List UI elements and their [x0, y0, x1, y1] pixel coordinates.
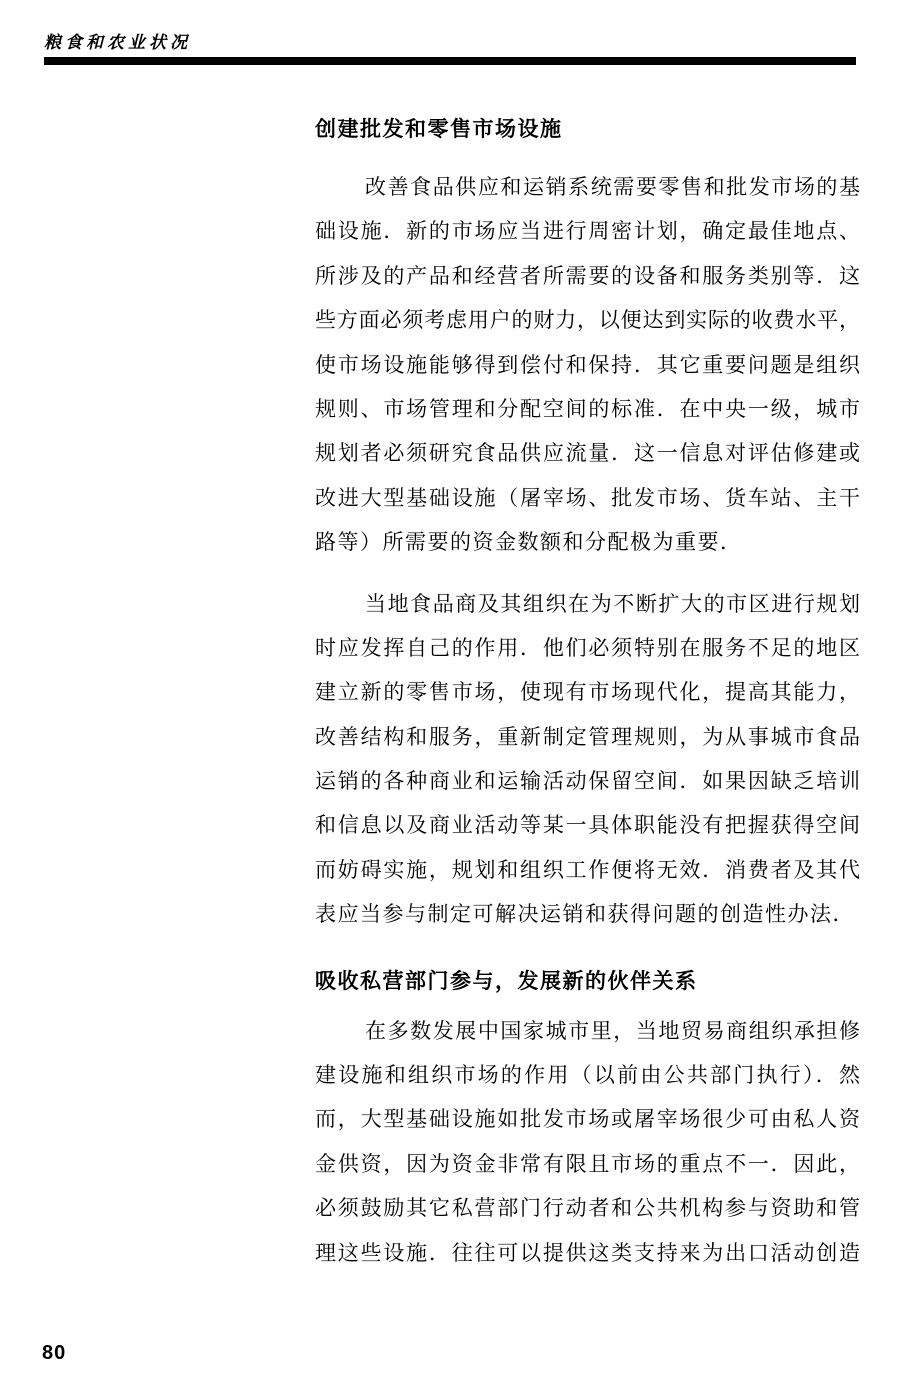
paragraph: 改善食品供应和运销系统需要零售和批发市场的基础设施．新的市场应当进行周密计划，确…	[315, 166, 860, 566]
text-line: 路等）所需要的资金数额和分配极为重要．	[315, 521, 860, 565]
text-line: 建设施和组织市场的作用（以前由公共部门执行）．然	[315, 1054, 860, 1098]
content-column: 创建批发和零售市场设施改善食品供应和运销系统需要零售和批发市场的基础设施．新的市…	[315, 114, 860, 1276]
page-number: 80	[42, 1342, 66, 1365]
text-line: 时应发挥自己的作用．他们必须特别在服务不足的地区	[315, 627, 860, 671]
text-line: 而妨碍实施，规划和组织工作便将无效．消费者及其代	[315, 849, 860, 893]
text-line: 规则、市场管理和分配空间的标准．在中央一级，城市	[315, 388, 860, 432]
text-line: 础设施．新的市场应当进行周密计划，确定最佳地点、	[315, 210, 860, 254]
section-heading: 吸收私营部门参与，发展新的伙伴关系	[315, 966, 860, 998]
text-line: 当地食品商及其组织在为不断扩大的市区进行规划	[315, 583, 860, 627]
text-line: 而，大型基础设施如批发市场或屠宰场很少可由私人资	[315, 1098, 860, 1142]
text-line: 些方面必须考虑用户的财力，以便达到实际的收费水平，	[315, 299, 860, 343]
text-line: 和信息以及商业活动等某一具体职能没有把握获得空间	[315, 804, 860, 848]
text-line: 改善结构和服务，重新制定管理规则，为从事城市食品	[315, 716, 860, 760]
text-line: 改进大型基础设施（屠宰场、批发市场、货车站、主干	[315, 477, 860, 521]
section: 吸收私营部门参与，发展新的伙伴关系在多数发展中国家城市里，当地贸易商组织承担修建…	[315, 966, 860, 1276]
text-line: 金供资，因为资金非常有限且市场的重点不一．因此，	[315, 1143, 860, 1187]
running-header-title: 粮食和农业状况	[44, 28, 191, 53]
text-line: 必须鼓励其它私营部门行动者和公共机构参与资助和管	[315, 1187, 860, 1231]
text-line: 运销的各种商业和运输活动保留空间．如果因缺乏培训	[315, 760, 860, 804]
text-line: 表应当参与制定可解决运销和获得问题的创造性办法．	[315, 893, 860, 937]
text-line: 改善食品供应和运销系统需要零售和批发市场的基	[315, 166, 860, 210]
header-rule	[44, 57, 856, 65]
section-heading: 创建批发和零售市场设施	[315, 114, 860, 146]
text-line: 建立新的零售市场，使现有市场现代化，提高其能力，	[315, 671, 860, 715]
text-line: 规划者必须研究食品供应流量．这一信息对评估修建或	[315, 432, 860, 476]
text-line: 理这些设施．往往可以提供这类支持来为出口活动创造	[315, 1232, 860, 1276]
text-line: 在多数发展中国家城市里，当地贸易商组织承担修	[315, 1010, 860, 1054]
text-line: 所涉及的产品和经营者所需要的设备和服务类别等．这	[315, 255, 860, 299]
paragraph: 当地食品商及其组织在为不断扩大的市区进行规划时应发挥自己的作用．他们必须特别在服…	[315, 583, 860, 938]
document-page: 粮食和农业状况 创建批发和零售市场设施改善食品供应和运销系统需要零售和批发市场的…	[0, 0, 900, 1400]
paragraph: 在多数发展中国家城市里，当地贸易商组织承担修建设施和组织市场的作用（以前由公共部…	[315, 1010, 860, 1276]
section: 创建批发和零售市场设施改善食品供应和运销系统需要零售和批发市场的基础设施．新的市…	[315, 114, 860, 938]
text-line: 使市场设施能够得到偿付和保持．其它重要问题是组织	[315, 344, 860, 388]
